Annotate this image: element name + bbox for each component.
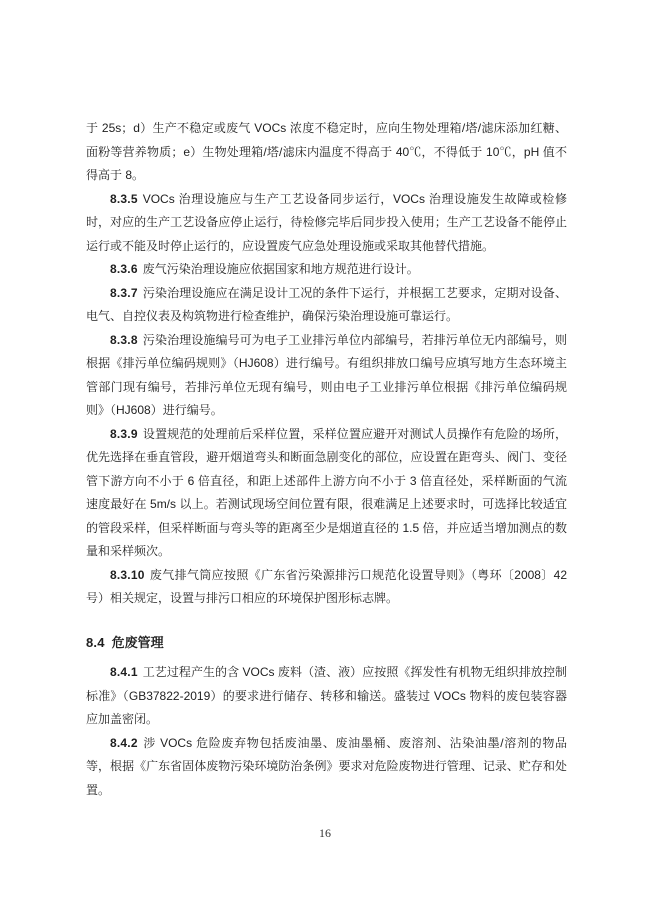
- paragraph-8-3-9: 8.3.9设置规范的处理前后采样位置，采样位置应避开对测试人员操作有危险的场所，…: [86, 423, 567, 564]
- clause-number: 8.3.9: [110, 427, 138, 441]
- paragraph-text: 废气排气筒应按照《广东省污染源排污口规范化设置导则》（粤环〔2008〕42 号）…: [86, 568, 567, 606]
- clause-number: 8.4.2: [110, 736, 138, 750]
- page-footer: 16: [0, 826, 650, 841]
- paragraph-8-4-1: 8.4.1工艺过程产生的含 VOCs 废料（渣、液）应按照《挥发性有机物无组织排…: [86, 661, 567, 732]
- section-title: 危废管理: [112, 635, 164, 650]
- paragraph-text: 污染治理设施应在满足设计工况的条件下运行，并根据工艺要求，定期对设备、电气、自控…: [86, 286, 567, 324]
- paragraph-8-3-6: 8.3.6废气污染治理设施应依据国家和地方规范进行设计。: [86, 258, 567, 282]
- section-number: 8.4: [86, 635, 105, 650]
- paragraph-8-3-7: 8.3.7污染治理设施应在满足设计工况的条件下运行，并根据工艺要求，定期对设备、…: [86, 282, 567, 329]
- paragraph-text: 废气污染治理设施应依据国家和地方规范进行设计。: [143, 262, 419, 276]
- paragraph-continuation: 于 25s；d）生产不稳定或废气 VOCs 浓度不稳定时，应向生物处理箱/塔/滤…: [86, 117, 567, 188]
- clause-number: 8.3.8: [110, 333, 138, 347]
- paragraph-8-3-5: 8.3.5VOCs 治理设施应与生产工艺设备同步运行，VOCs 治理设施发生故障…: [86, 188, 567, 259]
- paragraph-text: 设置规范的处理前后采样位置，采样位置应避开对测试人员操作有危险的场所，优先选择在…: [86, 427, 567, 559]
- clause-number: 8.3.10: [110, 568, 145, 582]
- paragraph-text: VOCs 治理设施应与生产工艺设备同步运行，VOCs 治理设施发生故障或检修时，…: [86, 192, 567, 253]
- clause-number: 8.4.1: [110, 665, 138, 679]
- paragraph-8-3-8: 8.3.8污染治理设施编号可为电子工业排污单位内部编号，若排污单位无内部编号，则…: [86, 329, 567, 423]
- paragraph-8-4-2: 8.4.2涉 VOCs 危险废弃物包括废油墨、废油墨桶、废溶剂、沾染油墨/溶剂的…: [86, 732, 567, 803]
- clause-number: 8.3.7: [110, 286, 138, 300]
- paragraph-text: 污染治理设施编号可为电子工业排污单位内部编号，若排污单位无内部编号，则根据《排污…: [86, 333, 567, 418]
- paragraph-text: 涉 VOCs 危险废弃物包括废油墨、废油墨桶、废溶剂、沾染油墨/溶剂的物品等，根…: [86, 736, 567, 797]
- section-heading-8-4: 8.4危废管理: [86, 631, 567, 655]
- page-content: 于 25s；d）生产不稳定或废气 VOCs 浓度不稳定时，应向生物处理箱/塔/滤…: [86, 117, 567, 802]
- paragraph-text: 于 25s；d）生产不稳定或废气 VOCs 浓度不稳定时，应向生物处理箱/塔/滤…: [86, 121, 567, 182]
- document-page: 于 25s；d）生产不稳定或废气 VOCs 浓度不稳定时，应向生物处理箱/塔/滤…: [0, 0, 650, 919]
- clause-number: 8.3.5: [110, 192, 138, 206]
- paragraph-8-3-10: 8.3.10废气排气筒应按照《广东省污染源排污口规范化设置导则》（粤环〔2008…: [86, 564, 567, 611]
- clause-number: 8.3.6: [110, 262, 138, 276]
- page-number: 16: [319, 826, 331, 840]
- paragraph-text: 工艺过程产生的含 VOCs 废料（渣、液）应按照《挥发性有机物无组织排放控制标准…: [86, 665, 567, 726]
